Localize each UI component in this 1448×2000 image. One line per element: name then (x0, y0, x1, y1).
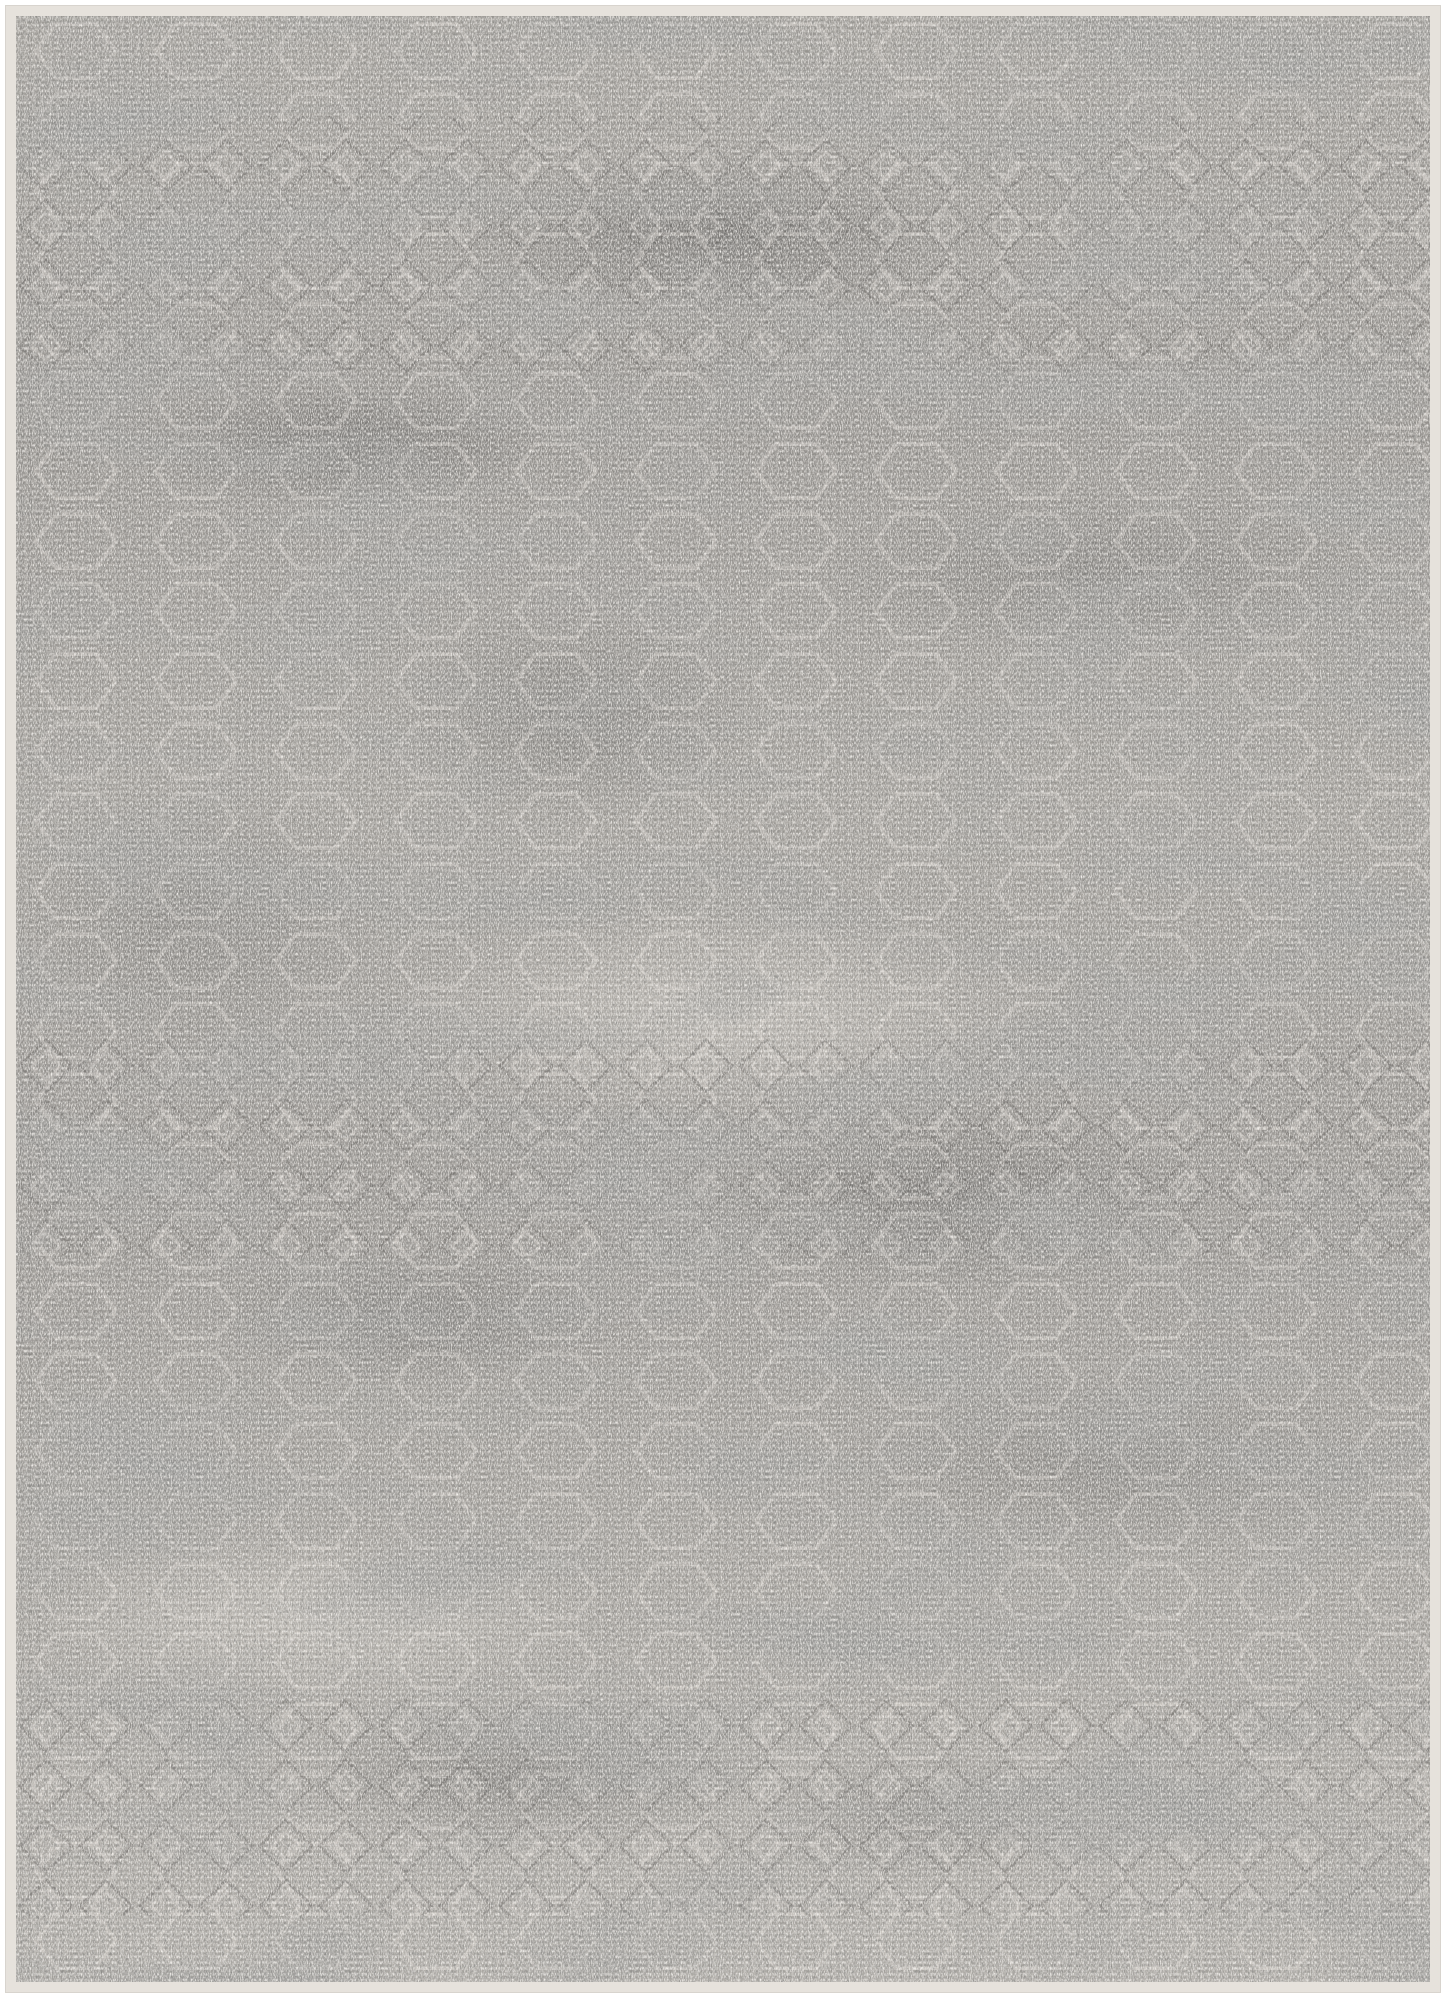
weave-lines (16, 16, 1430, 1982)
rug-field (16, 16, 1430, 1982)
rug (6, 6, 1440, 1992)
